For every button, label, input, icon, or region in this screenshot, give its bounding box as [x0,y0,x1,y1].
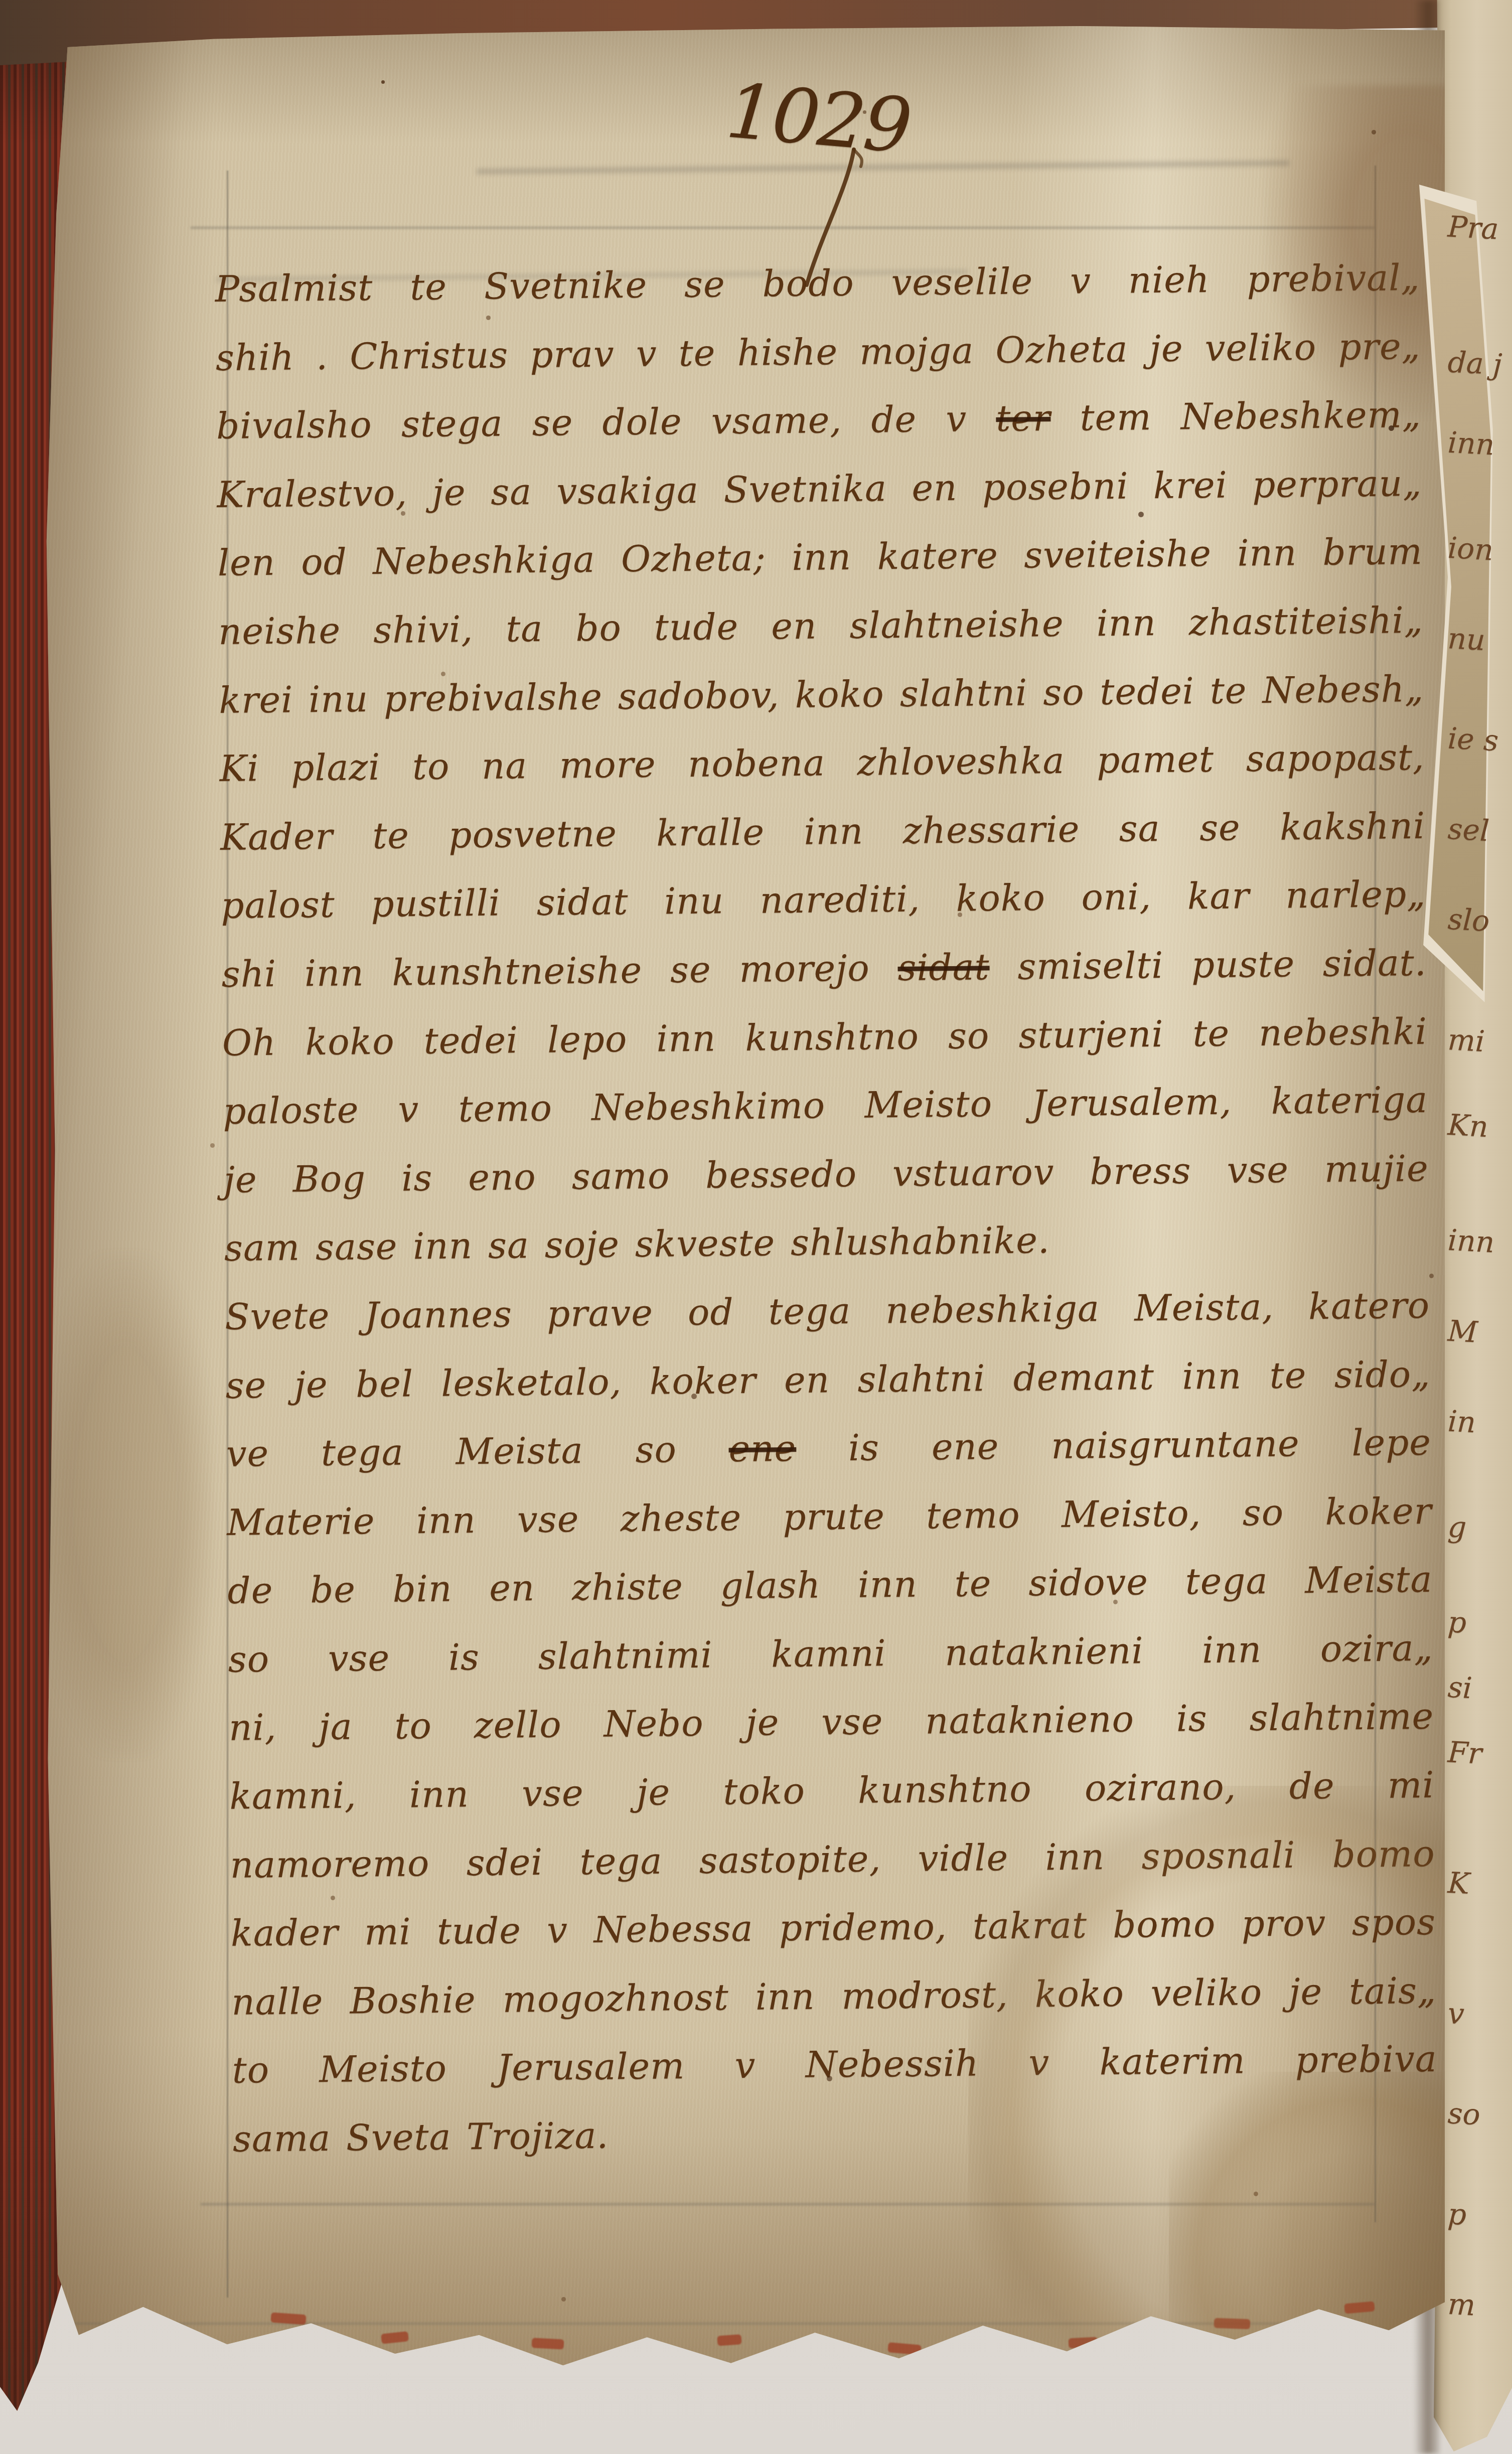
page-surface: 1029 Psalmist te Svetnike se bodo veseli… [0,0,1512,2454]
manuscript-line: sam sase inn sa soje skveste shlushabnik… [224,1202,1429,1283]
manuscript-line: Materie inn vse zheste prute temo Meisto… [227,1477,1432,1557]
manuscript-line: namoremo sdei tega sastopite, vidle inn … [230,1819,1435,1899]
next-page-text-fragment: so [1447,2096,1481,2131]
manuscript-line: se je bel lesketalo, koker en slahtni de… [225,1339,1431,1420]
edge-paint-spot [1069,2337,1098,2348]
next-page-text-fragment: v [1447,1996,1465,2031]
line-text: smiselti puste sidat. [1017,942,1427,988]
manuscript-line: palost pustilli sidat inu narediti, koko… [221,860,1426,940]
next-page-text-fragment: K [1447,1866,1470,1901]
manuscript-line: nalle Boshie mogozhnost inn modrost, kok… [231,1956,1437,2037]
line-text: Oh koko tedei lepo inn kunshtno so sturj… [222,1010,1428,1063]
line-text: palost pustilli sidat inu narediti, koko… [221,873,1426,927]
ruling-line-lower [30,2323,1344,2325]
next-page-text-fragment: g [1447,1509,1467,1545]
next-page-text-fragment: da j [1447,345,1503,382]
line-text: krei inu prebivalshe sadobov, koko slaht… [219,667,1424,721]
line-text: Kralestvo, je sa vsakiga Svetnika en pos… [217,462,1422,516]
line-text: kamni, inn vse je toko kunshtno ozirano,… [229,1764,1435,1817]
text-block: Psalmist te Svetnike se bodo veselile v … [215,243,1438,2174]
next-page-text-fragment: ie s [1447,721,1499,757]
manuscript-line: krei inu prebivalshe sadobov, koko slaht… [219,654,1424,734]
manuscript-line: je Bog is eno samo bessedo vstuarov bres… [223,1134,1429,1214]
manuscript-line: de be bin en zhiste glash inn te sidove … [227,1545,1433,1625]
next-page-text-fragment: p [1447,2197,1467,2232]
line-text: paloste v temo Nebeshkimo Meisto Jerusal… [223,1079,1428,1132]
line-text: Svete Joannes prave od tega nebeshkiga M… [225,1284,1430,1338]
next-page-text-fragment: mi [1447,1022,1485,1058]
next-page-text-fragment: si [1447,1670,1473,1705]
manuscript-line: ve tega Meista so ene is ene naisgruntan… [226,1408,1431,1488]
manuscript-page: 1029 Psalmist te Svetnike se bodo veseli… [45,26,1445,2368]
next-page-text-fragment: slo [1447,902,1490,938]
line-text: Materie inn vse zheste prute temo Meisto… [227,1490,1432,1544]
manuscript-line: Oh koko tedei lepo inn kunshtno so sturj… [222,997,1427,1077]
ruling-line-top [191,227,1375,229]
next-page-text-fragment: sel [1447,812,1490,848]
line-text: tem Nebeshkem„ [1080,393,1421,439]
manuscript-line: sama Sveta Trojiza. [232,2093,1438,2174]
manuscript-line: Ki plazi to na more nobena zhloveshka pa… [219,723,1425,803]
page-number-flourish [802,146,867,292]
line-text: namoremo sdei tega sastopite, vidle inn … [230,1832,1435,1886]
manuscript-line: neishe shivi, ta bo tude en slahtneishe … [218,586,1424,666]
line-text: nalle Boshie mogozhnost inn modrost, kok… [231,1969,1437,2023]
next-page-text-fragment: Kn [1447,1108,1489,1144]
struck-word: sidat [897,946,990,989]
edge-paint-spot [1214,2318,1251,2330]
line-text: ve tega Meista so [226,1428,677,1475]
line-text: ni, ja to zello Nebo je vse nataknieno i… [229,1695,1434,1749]
manuscript-photo: { "manuscript": { "page_number": "1029",… [0,0,1512,2454]
next-page-text-fragment: Fr [1447,1735,1482,1770]
next-page-text-fragment: nu [1447,621,1486,657]
line-text: len od Nebeshkiga Ozheta; inn katere sve… [217,530,1423,584]
struck-word: ter [996,397,1051,439]
manuscript-line: Kader te posvetne kralle inn zhessarie s… [220,792,1425,872]
left-shading [45,0,216,2454]
next-page-text-fragment: inn [1447,425,1495,462]
next-page-text-fragment: p [1447,1605,1467,1640]
manuscript-line: Kralestvo, je sa vsakiga Svetnika en pos… [217,449,1422,529]
line-text: to Meisto Jerusalem v Nebessih v katerim… [232,2038,1437,2091]
manuscript-line: Svete Joannes prave od tega nebeshkiga M… [225,1271,1430,1351]
line-text: de be bin en zhiste glash inn te sidove … [227,1558,1433,1612]
line-text: is ene naisgruntane lepe [848,1421,1432,1469]
line-text: neishe shivi, ta bo tude en slahtneishe … [218,599,1424,653]
paper-specks [381,80,385,84]
line-text: se je bel lesketalo, koker en slahtni de… [225,1352,1431,1406]
line-text: sam sase inn sa soje skveste shlushabnik… [224,1219,1050,1269]
line-text: shi inn kunshtneishe se morejo [221,947,870,995]
next-page-text-fragment: m [1447,2287,1476,2323]
manuscript-line: shi inn kunshtneishe se morejo sidat smi… [221,929,1427,1009]
next-page-text-fragment: in [1447,1404,1476,1440]
edge-paint-spot [717,2334,741,2346]
ruling-line-bottom [201,2203,1375,2205]
line-text: bivalsho stega se dole vsame, de v [216,398,967,447]
next-page-text-fragment: inn [1447,1223,1495,1260]
line-text: Kader te posvetne kralle inn zhessarie s… [220,805,1426,858]
line-text: so vse is slahtnimi kamni nataknieni inn… [228,1627,1433,1680]
edge-paint-spot [532,2338,564,2349]
manuscript-line: to Meisto Jerusalem v Nebessih v katerim… [232,2025,1437,2105]
line-text: Ki plazi to na more nobena zhloveshka pa… [219,736,1425,790]
manuscript-line: ni, ja to zello Nebo je vse nataknieno i… [229,1682,1434,1762]
manuscript-line: bivalsho stega se dole vsame, de v ter t… [216,380,1422,461]
manuscript-line: kamni, inn vse je toko kunshtno ozirano,… [229,1751,1435,1831]
line-text: kader mi tude v Nebessa pridemo, takrat … [231,1901,1436,1954]
manuscript-line: so vse is slahtnimi kamni nataknieni inn… [228,1614,1433,1694]
next-page-text-fragment: ion [1447,531,1494,567]
manuscript-line: len od Nebeshkiga Ozheta; inn katere sve… [217,517,1423,597]
manuscript-line: shih . Christus prav v te hishe mojga Oz… [215,312,1421,392]
struck-word: ene [728,1427,796,1470]
line-text: je Bog is eno samo bessedo vstuarov bres… [223,1147,1429,1201]
manuscript-line: kader mi tude v Nebessa pridemo, takrat … [230,1888,1436,1968]
next-page-text-fragment: M [1447,1313,1478,1349]
line-text: shih . Christus prav v te hishe mojga Oz… [216,325,1421,379]
line-text: sama Sveta Trojiza. [233,2114,609,2160]
next-page-text-fragment: Pra [1447,209,1499,246]
manuscript-line: paloste v temo Nebeshkimo Meisto Jerusal… [223,1065,1428,1146]
